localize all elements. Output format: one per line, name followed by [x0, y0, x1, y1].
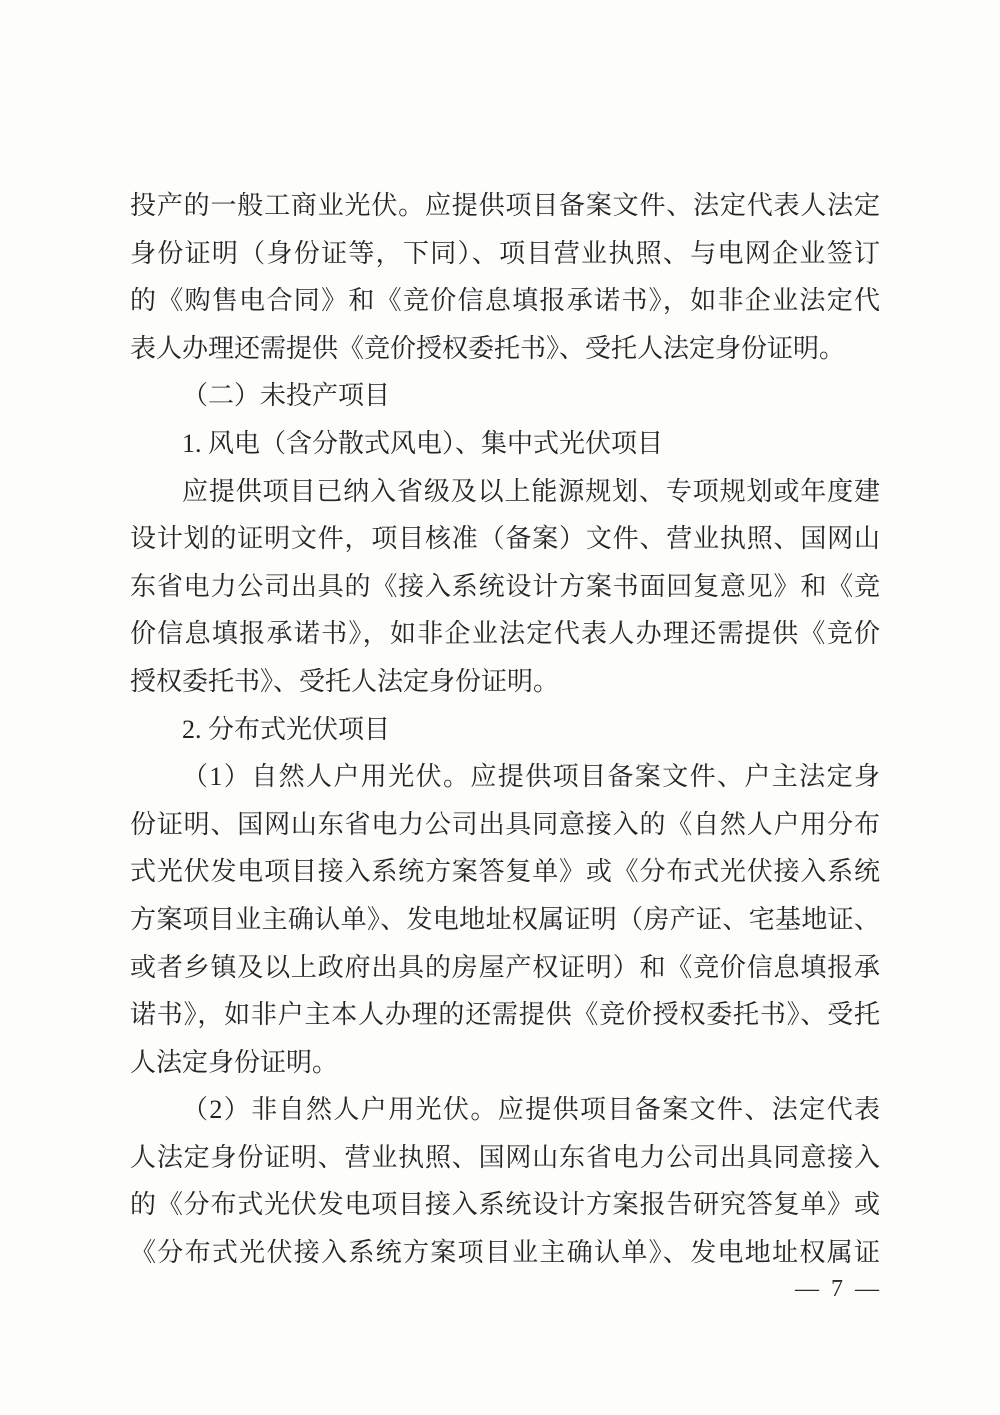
subsection-heading: 1. 风电（含分散式风电）、集中式光伏项目: [130, 420, 880, 468]
subsection-heading: 2. 分布式光伏项目: [130, 706, 880, 754]
text-line: （1）自然人户用光伏。应提供项目备案文件、户主法定身: [130, 753, 880, 801]
text-line: 人法定身份证明。: [130, 1039, 880, 1087]
text-line: 价信息填报承诺书》，如非企业法定代表人办理还需提供《竞价: [130, 610, 880, 658]
text-line: 投产的一般工商业光伏。应提供项目备案文件、法定代表人法定: [130, 182, 880, 230]
section-heading: （二）未投产项目: [130, 372, 880, 420]
text-line: 份证明、国网山东省电力公司出具同意接入的《自然人户用分布: [130, 801, 880, 849]
document-page: 投产的一般工商业光伏。应提供项目备案文件、法定代表人法定 身份证明（身份证等，下…: [0, 0, 1000, 1415]
text-line: 《分布式光伏接入系统方案项目业主确认单》、发电地址权属证: [130, 1229, 880, 1277]
text-line: 身份证明（身份证等，下同）、项目营业执照、与电网企业签订: [130, 230, 880, 278]
text-line: 表人办理还需提供《竞价授权委托书》、受托人法定身份证明。: [130, 325, 880, 373]
text-line: 或者乡镇及以上政府出具的房屋产权证明）和《竞价信息填报承: [130, 944, 880, 992]
text-line: 方案项目业主确认单》、发电地址权属证明（房产证、宅基地证、: [130, 896, 880, 944]
text-line: 应提供项目已纳入省级及以上能源规划、专项规划或年度建: [130, 468, 880, 516]
text-line: 的《购售电合同》和《竞价信息填报承诺书》，如非企业法定代: [130, 277, 880, 325]
text-line: 式光伏发电项目接入系统方案答复单》或《分布式光伏接入系统: [130, 848, 880, 896]
text-line: 的《分布式光伏发电项目接入系统设计方案报告研究答复单》或: [130, 1181, 880, 1229]
document-body: 投产的一般工商业光伏。应提供项目备案文件、法定代表人法定 身份证明（身份证等，下…: [130, 182, 880, 1277]
page-number: — 7 —: [795, 1276, 882, 1303]
text-line: 人法定身份证明、营业执照、国网山东省电力公司出具同意接入: [130, 1134, 880, 1182]
text-line: 东省电力公司出具的《接入系统设计方案书面回复意见》和《竞: [130, 563, 880, 611]
text-line: 设计划的证明文件，项目核准（备案）文件、营业执照、国网山: [130, 515, 880, 563]
text-line: 授权委托书》、受托人法定身份证明。: [130, 658, 880, 706]
text-line: （2）非自然人户用光伏。应提供项目备案文件、法定代表: [130, 1086, 880, 1134]
text-line: 诺书》，如非户主本人办理的还需提供《竞价授权委托书》、受托: [130, 991, 880, 1039]
